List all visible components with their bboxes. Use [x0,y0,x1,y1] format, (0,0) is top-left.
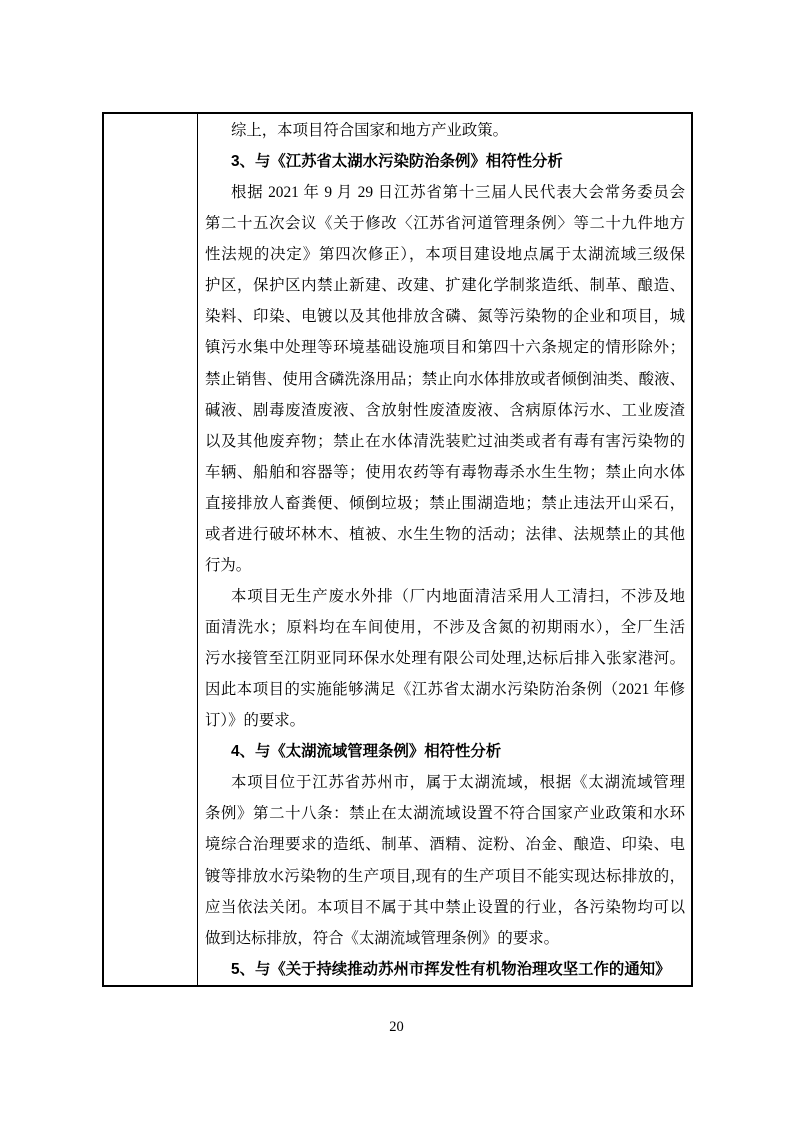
section-heading: 4、与《太湖流域管理条例》相符性分析 [205,736,685,767]
text-line: 本项目位于江苏省苏州市，属于太湖流域，根据《太湖流域管理 [205,767,685,798]
document-page: 综上，本项目符合国家和地方产业政策。3、与《江苏省太湖水污染防治条例》相符性分析… [0,0,793,1122]
text-line: 行为。 [205,550,685,581]
text-line: 综上，本项目符合国家和地方产业政策。 [205,115,685,146]
section-heading: 5、与《关于持续推动苏州市挥发性有机物治理攻坚工作的通知》 [205,954,685,985]
text-line: 性法规的决定》第四次修正），本项目建设地点属于太湖流域三级保 [205,239,685,270]
table-content-cell: 综上，本项目符合国家和地方产业政策。3、与《江苏省太湖水污染防治条例》相符性分析… [198,114,691,985]
text-line: 护区，保护区内禁止新建、改建、扩建化学制浆造纸、制革、酿造、 [205,270,685,301]
text-line: 镇污水集中处理等环境基础设施项目和第四十六条规定的情形除外； [205,332,685,363]
compliance-table: 综上，本项目符合国家和地方产业政策。3、与《江苏省太湖水污染防治条例》相符性分析… [102,112,693,987]
text-line: 境综合治理要求的造纸、制革、酒精、淀粉、冶金、酿造、印染、电 [205,829,685,860]
text-line: 根据 2021 年 9 月 29 日江苏省第十三届人民代表大会常务委员会 [205,177,685,208]
text-line: 条例》第二十八条：禁止在太湖流域设置不符合国家产业政策和水环 [205,798,685,829]
text-line: 订）》的要求。 [205,705,685,736]
text-lines: 综上，本项目符合国家和地方产业政策。3、与《江苏省太湖水污染防治条例》相符性分析… [205,115,685,985]
text-line: 本项目无生产废水外排（厂内地面清洁采用人工清扫，不涉及地 [205,581,685,612]
text-line: 以及其他废弃物；禁止在水体清洗装贮过油类或者有毒有害污染物的 [205,426,685,457]
text-line: 第二十五次会议《关于修改〈江苏省河道管理条例〉等二十九件地方 [205,208,685,239]
table-label-column [104,114,198,985]
text-line: 车辆、船舶和容器等；使用农药等有毒物毒杀水生生物；禁止向水体 [205,457,685,488]
text-line: 染料、印染、电镀以及其他排放含磷、氮等污染物的企业和项目，城 [205,301,685,332]
text-line: 应当依法关闭。本项目不属于其中禁止设置的行业，各污染物均可以 [205,892,685,923]
text-line: 禁止销售、使用含磷洗涤用品；禁止向水体排放或者倾倒油类、酸液、 [205,364,685,395]
text-line: 污水接管至江阴亚同环保水处理有限公司处理,达标后排入张家港河。 [205,643,685,674]
section-heading: 3、与《江苏省太湖水污染防治条例》相符性分析 [205,146,685,177]
text-line: 镀等排放水污染物的生产项目,现有的生产项目不能实现达标排放的， [205,861,685,892]
text-line: 直接排放人畜粪便、倾倒垃圾；禁止围湖造地；禁止违法开山采石， [205,488,685,519]
text-line: 碱液、剧毒废渣废液、含放射性废渣废液、含病原体污水、工业废渣 [205,395,685,426]
text-line: 做到达标排放，符合《太湖流域管理条例》的要求。 [205,923,685,954]
page-number: 20 [0,1018,793,1036]
text-line: 或者进行破坏林木、植被、水生生物的活动；法律、法规禁止的其他 [205,519,685,550]
text-line: 因此本项目的实施能够满足《江苏省太湖水污染防治条例（2021 年修 [205,674,685,705]
text-line: 面清洗水；原料均在车间使用，不涉及含氮的初期雨水），全厂生活 [205,612,685,643]
